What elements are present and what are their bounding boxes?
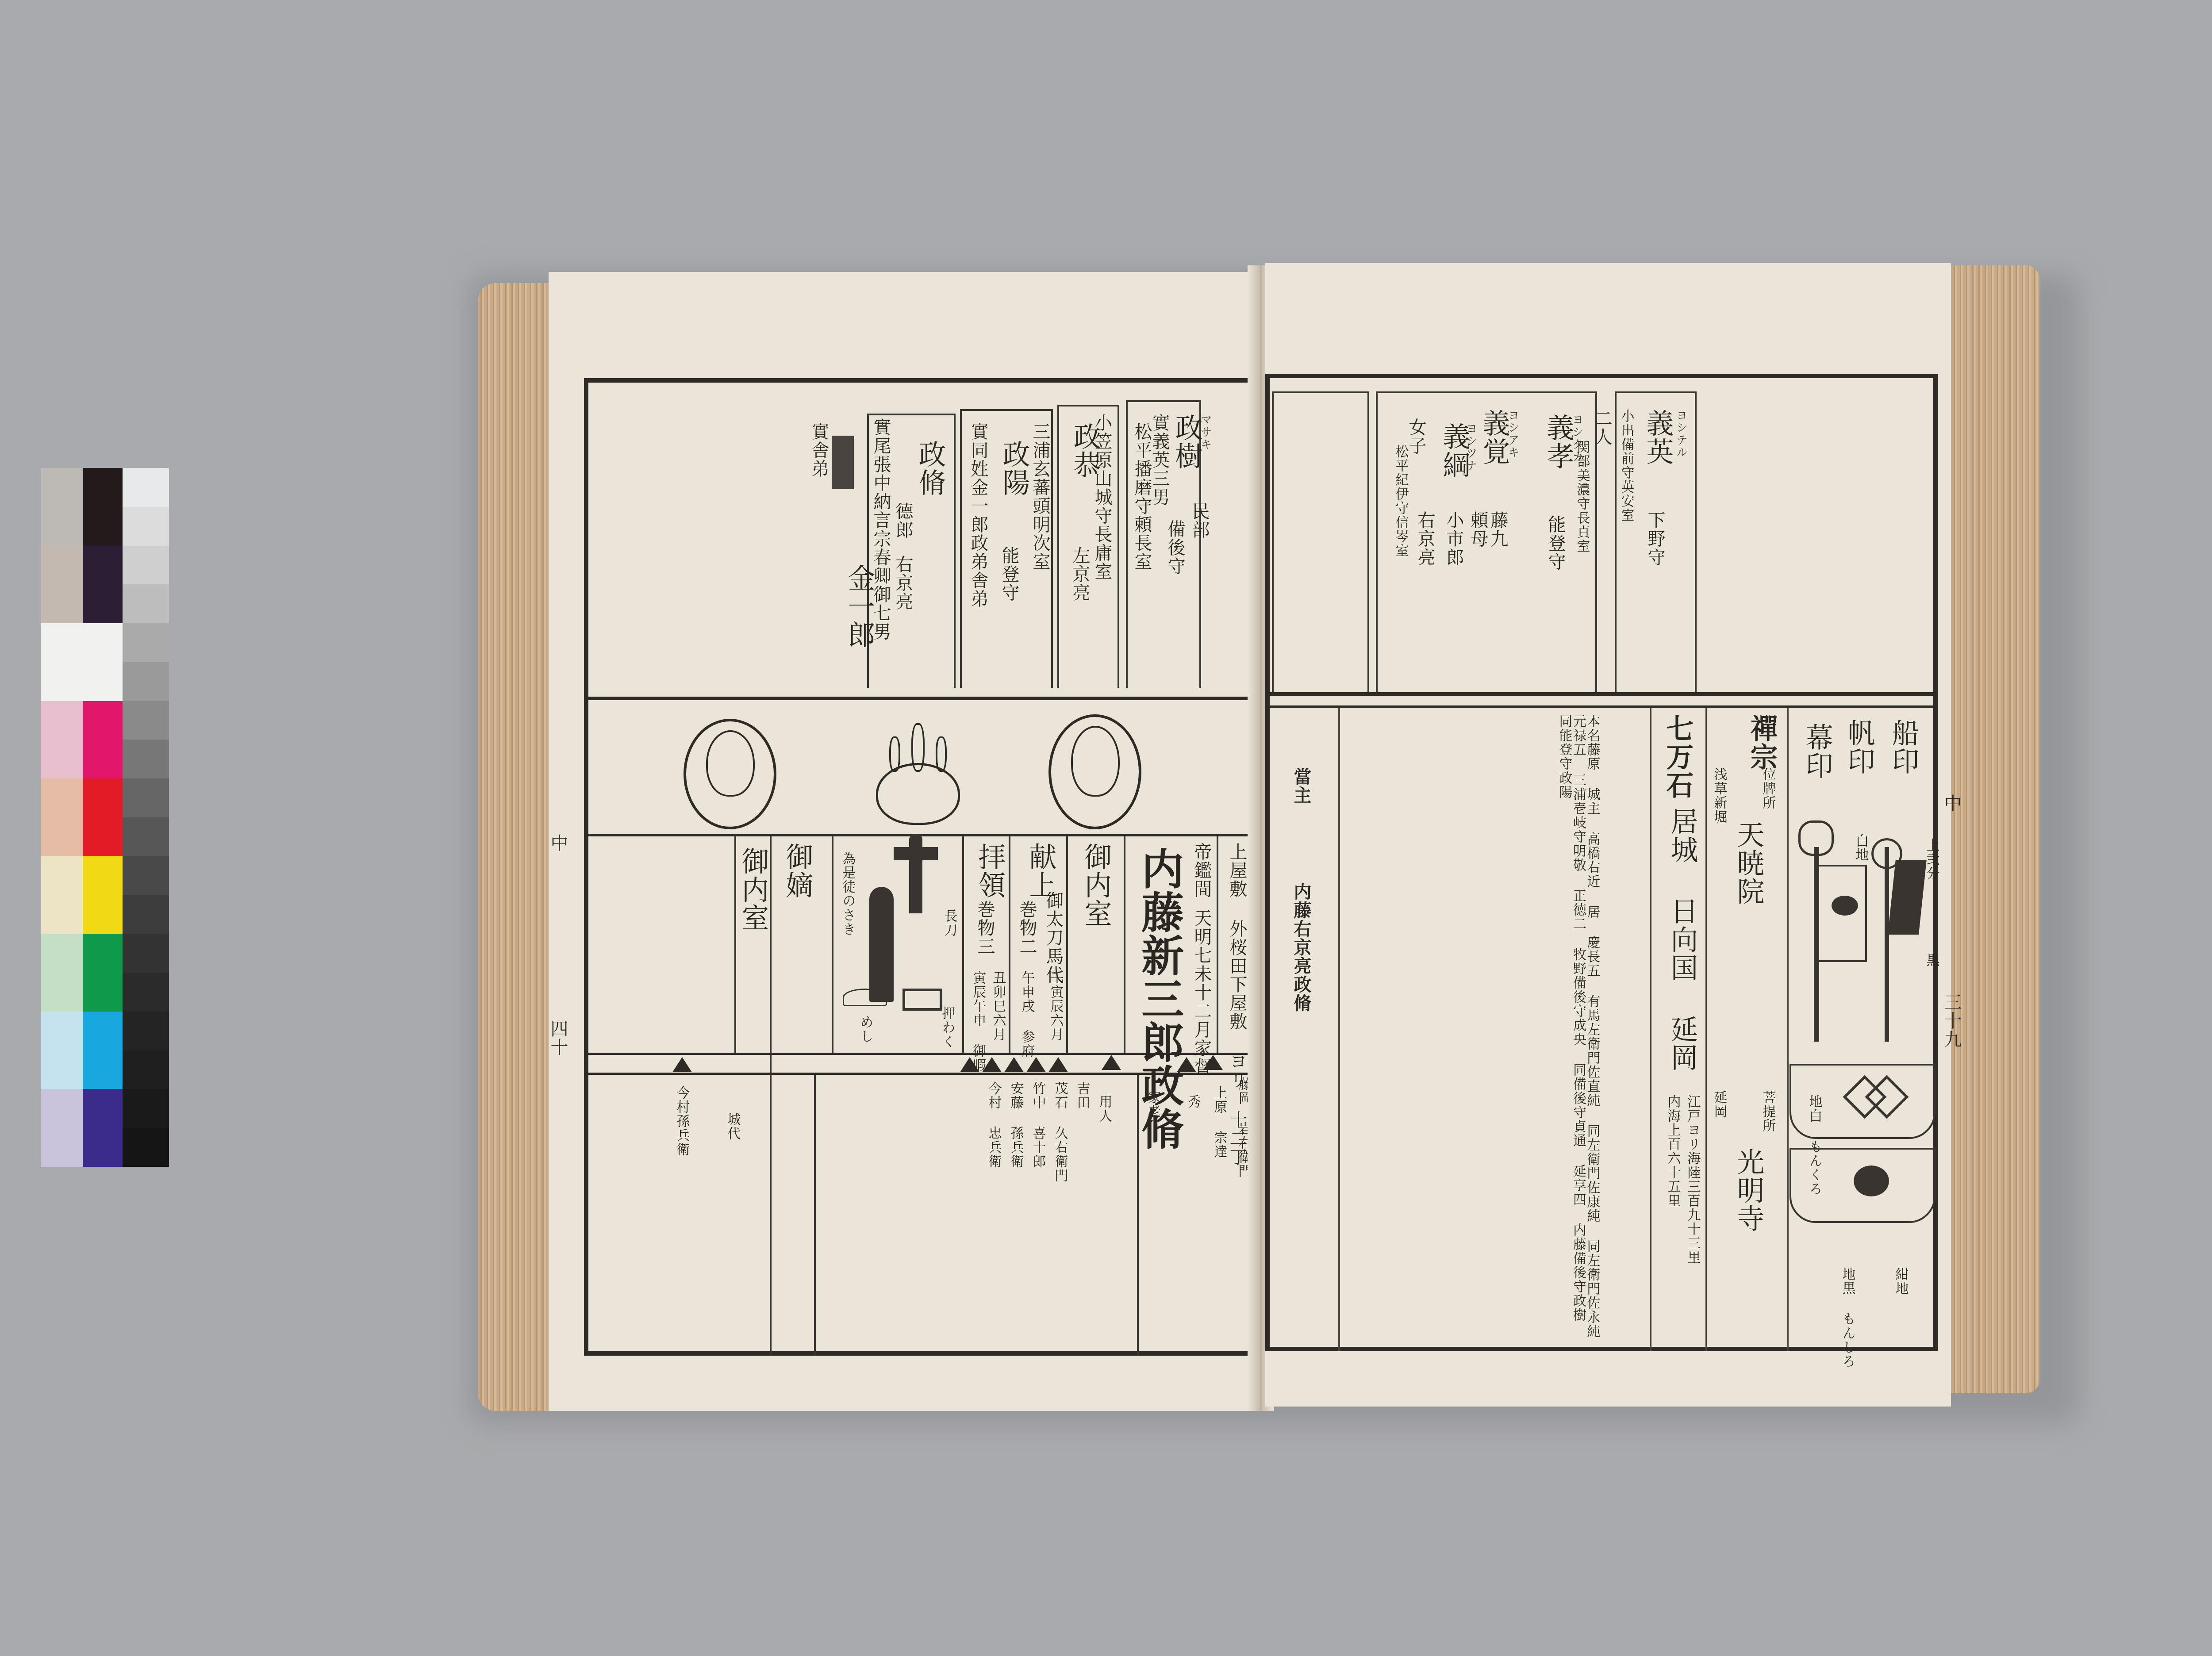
margin-section-label: 中 [549,834,567,852]
retainer-name: 秀 [1186,1095,1200,1109]
family-name: 實舎弟 [810,422,828,478]
gray-step-swatch [123,934,169,973]
column-rule [814,1075,816,1356]
funeral-temple-label: 位牌所 [1761,767,1775,810]
color-swatch [83,623,123,701]
retainer-name: 吉田 [1075,1081,1089,1110]
retainer-marker-icon [1102,1055,1121,1070]
fan-icon [843,989,887,1006]
retainer-marker-icon [982,1057,1002,1072]
retainer-marker-icon [672,1057,692,1072]
family-note: 實同姓金一郎政弟舎弟 [969,422,987,608]
section-divider [584,697,1256,700]
wisteria-crest-icon [876,723,960,825]
gray-step-swatch [123,817,169,856]
retainer-marker-icon [1203,1055,1223,1070]
heir-heading: 御嫡 [783,843,812,899]
spear-sheath-icon [869,887,894,1002]
color-swatch [83,934,123,1012]
genealogy-box [1272,391,1369,692]
current-lord-name: 内藤右京亮政脩 [1292,882,1310,1012]
retainer-marker-icon [1026,1057,1046,1072]
offering-heading: 献上 [1026,843,1055,899]
family-office: 左京亮 [1071,546,1089,602]
ship-note: 上弐分 [1924,838,1939,881]
seal-mark-icon [902,989,942,1011]
offering-date: 午申戌 参府 [1020,971,1034,1058]
gray-step-swatch [123,778,169,817]
bodai-temple-label: 菩提所 [1761,1090,1775,1133]
banner-crest-icon [1832,896,1858,916]
sail-mark-label: 帆印 [1845,719,1874,775]
left-page: 中 四十 政樹 マサキ 民部 實義英三男 備後守 松平播磨守頼長室 小笠原山城守… [549,272,1256,1411]
gray-step-swatch [123,662,169,701]
family-name: 二人 [1593,409,1611,446]
retainer-name: 今村 忠兵衛 [987,1081,1001,1169]
color-swatch [83,778,123,856]
column-rule [1009,836,1010,1053]
family-note: 實義英三男 [1150,414,1169,506]
spear-label: 長刀 [942,909,956,937]
ship-note: 白地 [1854,834,1868,862]
color-swatch [41,778,83,856]
retainer-name: 今村孫兵衛 [675,1086,689,1157]
color-swatch [41,1089,83,1167]
gray-step-swatch [123,973,169,1012]
bodai-temple: 光明寺 [1734,1148,1763,1233]
spear-head-icon [909,834,922,913]
family-name: 義孝 [1544,414,1573,470]
gray-step-swatch [123,584,169,623]
column-rule [1705,708,1707,1351]
family-title: 金一郎 [845,564,874,649]
margin-page-number: 三十九 [1942,993,1961,1049]
family-name: 義覚 [1480,409,1509,466]
retainer-name: 茂石 久右衛門 [1053,1081,1067,1183]
gray-step-swatch [123,1089,169,1128]
column-rule [832,836,833,1053]
color-swatch [83,1089,123,1167]
family-name: 政陽 [1000,440,1029,497]
family-note: 三浦玄蕃頭明次室 [1031,422,1049,571]
color-swatch [83,468,123,546]
family-name: 義英 [1644,409,1672,466]
color-swatch [83,1012,123,1089]
gray-step-swatch [123,507,169,546]
retainer-marker-icon [1048,1057,1068,1072]
gray-step-swatch [123,1012,169,1050]
book-fore-edge-right [1951,265,2039,1393]
family-note: 松平紀伊守信岑室 [1394,445,1408,558]
family-office: 右京亮 [894,555,912,611]
ship-note: 黒 [1924,953,1939,967]
color-calibration-chart [41,468,169,1167]
family-name: 女子 [1407,418,1425,455]
margin-section-label: 中 [1942,794,1961,813]
retainer-role: 家老 [1146,1090,1160,1119]
book-fore-edge-left [478,283,549,1411]
family-reading: ヨシタカ [1571,414,1582,463]
service-hall: 帝鑑間 [1192,843,1211,898]
color-swatch [41,934,83,1012]
domain-lineage: 本名藤原 城主 高橋右近 居 慶長五 有馬左衛門佐直純 同左衛門佐康純 同左衛門… [1557,714,1599,1342]
color-swatch [41,468,83,546]
domain-distance: 江戸ヨリ海陸三百九十三里 [1686,1095,1700,1265]
margin-page-number: 四十 [549,1020,567,1057]
family-name: 政恭 [1071,422,1099,479]
family-reading: ヨシアキ [1506,409,1518,459]
domain-distance: 内海上百六十五里 [1666,1095,1680,1208]
column-rule [1066,836,1068,1053]
temple-sect: 禪宗 [1747,714,1776,771]
gray-step-swatch [123,623,169,662]
family-name: 政樹 [1172,414,1201,470]
residence-note: 上屋敷 外桜田 [1228,843,1246,975]
gray-step-swatch [123,468,169,507]
column-rule [1137,1075,1139,1356]
ship-note: 地黒 もんしろ [1840,1267,1855,1368]
family-note: 松平播磨守頼長室 [1133,422,1151,571]
ship-note: 紺地 [1893,1267,1908,1296]
bodai-location: 延岡 [1712,1090,1726,1119]
family-office: 右京亮 [1416,511,1434,567]
current-lord-label: 當主 [1292,767,1310,805]
color-swatch [41,701,83,779]
domain-castle: 居城 日向国 延岡 [1668,807,1697,1072]
retainer-marker-icon [1004,1057,1024,1072]
color-swatch [83,701,123,779]
wisteria-crest-icon [1048,714,1141,829]
seal-label: 押わく [940,1006,954,1049]
funeral-location: 浅草新堀 [1712,767,1726,824]
wife-heading: 御内室 [1082,843,1110,928]
bestowal-item: 巻物三 [975,900,994,956]
color-swatch [41,623,83,701]
column-rule [1338,708,1340,1351]
column-rule [1217,836,1218,1053]
ship-mark-label: 船印 [1889,719,1918,775]
family-title: 民部 [1190,502,1209,539]
retainer-name: 上原 宗達 [1212,1086,1226,1159]
gray-step-swatch [123,1050,169,1089]
section-divider [1265,692,1938,696]
retainer-marker-icon [960,1057,979,1072]
column-rule [734,836,736,1053]
family-reading: マサキ [1199,414,1211,451]
column-rule [1650,708,1651,1351]
family-note: 小出備前守英安室 [1619,409,1633,522]
offering-item: 御太刀馬代 [1044,891,1063,984]
pole-finial-icon [1798,820,1834,856]
wisteria-crest-icon [684,719,776,829]
family-office: 能登守 [1000,546,1018,602]
retainer-role: 城代 [726,1112,740,1141]
family-office: 頼母 [1469,511,1487,548]
column-rule [770,836,772,1356]
offering-date: 壬寅辰六月 [1048,971,1063,1042]
family-name: 政脩 [916,440,945,497]
gray-step-swatch [123,701,169,740]
color-swatch [41,1012,83,1089]
gray-step-swatch [123,856,169,895]
gray-step-swatch [123,546,169,585]
bestowal-date: 丑卯巳六月 [991,971,1005,1042]
family-reading: ヨシツナ [1464,422,1476,472]
funeral-temple: 天暁院 [1734,820,1763,905]
retainer-name: 安藤 孫兵衛 [1009,1081,1023,1169]
family-office: 備後守 [1166,520,1184,575]
family-reading: ヨシテル [1674,409,1686,459]
family-title: 德郎 [894,502,912,539]
retainer-role: 用人 [1097,1095,1111,1123]
retainer-marker-icon [1177,1057,1196,1072]
column-rule [962,836,964,1053]
gray-step-swatch [123,740,169,778]
gray-step-swatch [123,1128,169,1167]
ink-block [832,436,854,489]
color-swatch [41,856,83,934]
offering-item: 巻物二 [1018,900,1036,956]
curtain-crest-icon [1854,1165,1889,1196]
family-office: 下野守 [1646,511,1664,567]
column-rule [1124,836,1125,1053]
color-swatch [83,546,123,624]
domain-stipend: 七万石 [1663,714,1692,799]
gray-step-swatch [123,895,169,934]
curtain-mark-label: 幕印 [1803,723,1832,780]
succession-date: 天明七未十二月家督 [1192,909,1211,1076]
section-divider [1265,705,1938,708]
color-swatch [41,546,83,624]
wife-heading: 御内室 [739,847,768,932]
column-rule [1787,708,1789,1351]
right-page: 中 三十九 義英 ヨシテル 下野守 小出備前守英安室 二人 関部美濃守長貞室 義… [1265,263,1951,1407]
family-office: 能登守 [1546,515,1565,571]
spear-note: 為是徒のさき [841,851,855,936]
retainer-name: 竹中 喜十郎 [1031,1081,1045,1169]
color-swatch [83,856,123,934]
bestowal-heading: 拝領 [975,843,1004,899]
fan-note: めし [858,1015,872,1043]
family-title: 藤九 [1489,511,1507,548]
family-office: 小市郎 [1444,511,1463,567]
